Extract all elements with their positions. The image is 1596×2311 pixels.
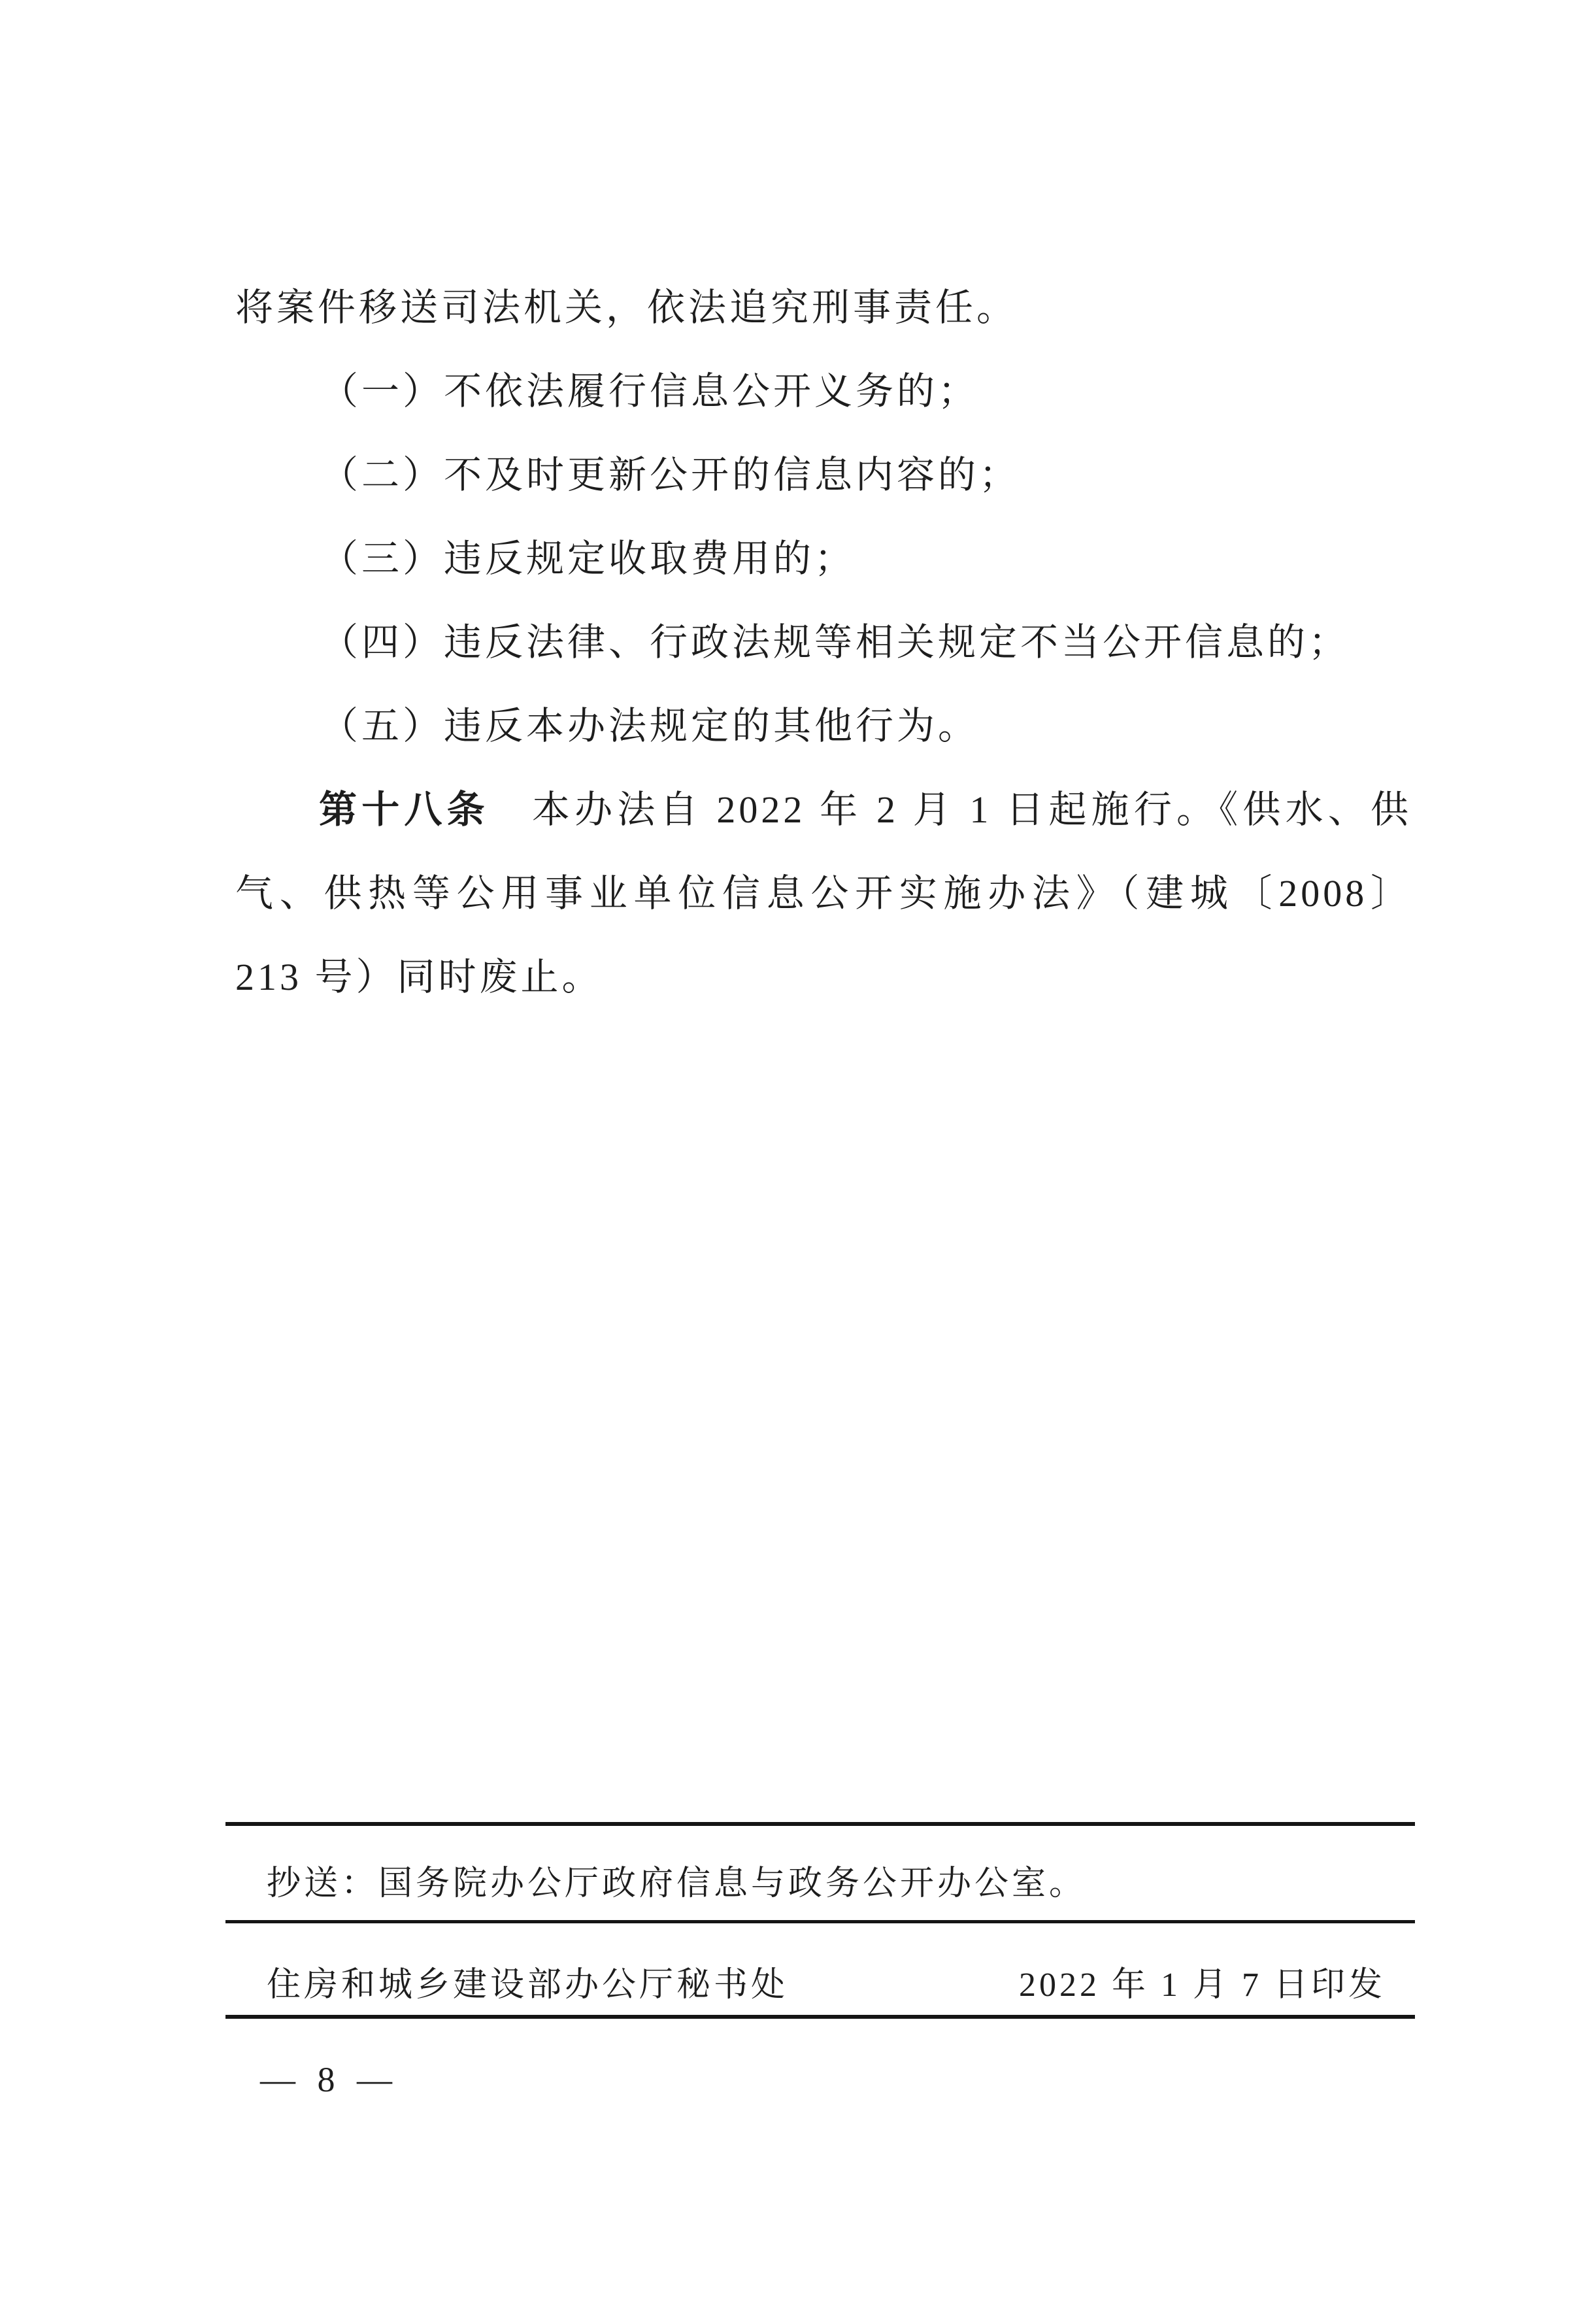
list-item-3: （三）违反规定收取费用的； (320, 537, 1412, 581)
article-18-line-2: 气、供热等公用事业单位信息公开实施办法》（建城〔2008〕 (235, 872, 1412, 915)
paragraph-continuation-line: 将案件移送司法机关，依法追究刑事责任。 (235, 286, 1412, 329)
list-item-5: （五）违反本办法规定的其他行为。 (320, 705, 1412, 748)
issuer-row: 住房和城乡建设部办公厅秘书处 2022 年 1 月 7 日印发 (267, 1957, 1386, 2006)
cc-line: 抄送：国务院办公厅政府信息与政务公开办公室。 (267, 1855, 1086, 1904)
list-item-2: （二）不及时更新公开的信息内容的； (320, 454, 1412, 497)
article-18-line-1: 第十八条 本办法自 2022 年 2 月 1 日起施行。《供水、供 (235, 788, 1412, 832)
article-18-line-3: 213 号）同时废止。 (235, 956, 1412, 999)
list-item-4: （四）违反法律、行政法规等相关规定不当公开信息的； (320, 621, 1412, 664)
article-18-text: 本办法自 2022 年 2 月 1 日起施行。《供水、供 (490, 788, 1412, 831)
list-item-1: （一）不依法履行信息公开义务的； (320, 370, 1412, 413)
footer-rule-bottom (225, 2015, 1415, 2019)
footer-rule-top (225, 1822, 1415, 1826)
issuing-office: 住房和城乡建设部办公厅秘书处 (267, 1957, 788, 2006)
article-18-number: 第十八条 (319, 788, 490, 831)
document-page: 将案件移送司法机关，依法追究刑事责任。 （一）不依法履行信息公开义务的； （二）… (0, 0, 1596, 2311)
print-date: 2022 年 1 月 7 日印发 (1019, 1957, 1386, 2006)
page-number: — 8 — (260, 2059, 399, 2100)
footer-rule-middle (225, 1920, 1415, 1923)
